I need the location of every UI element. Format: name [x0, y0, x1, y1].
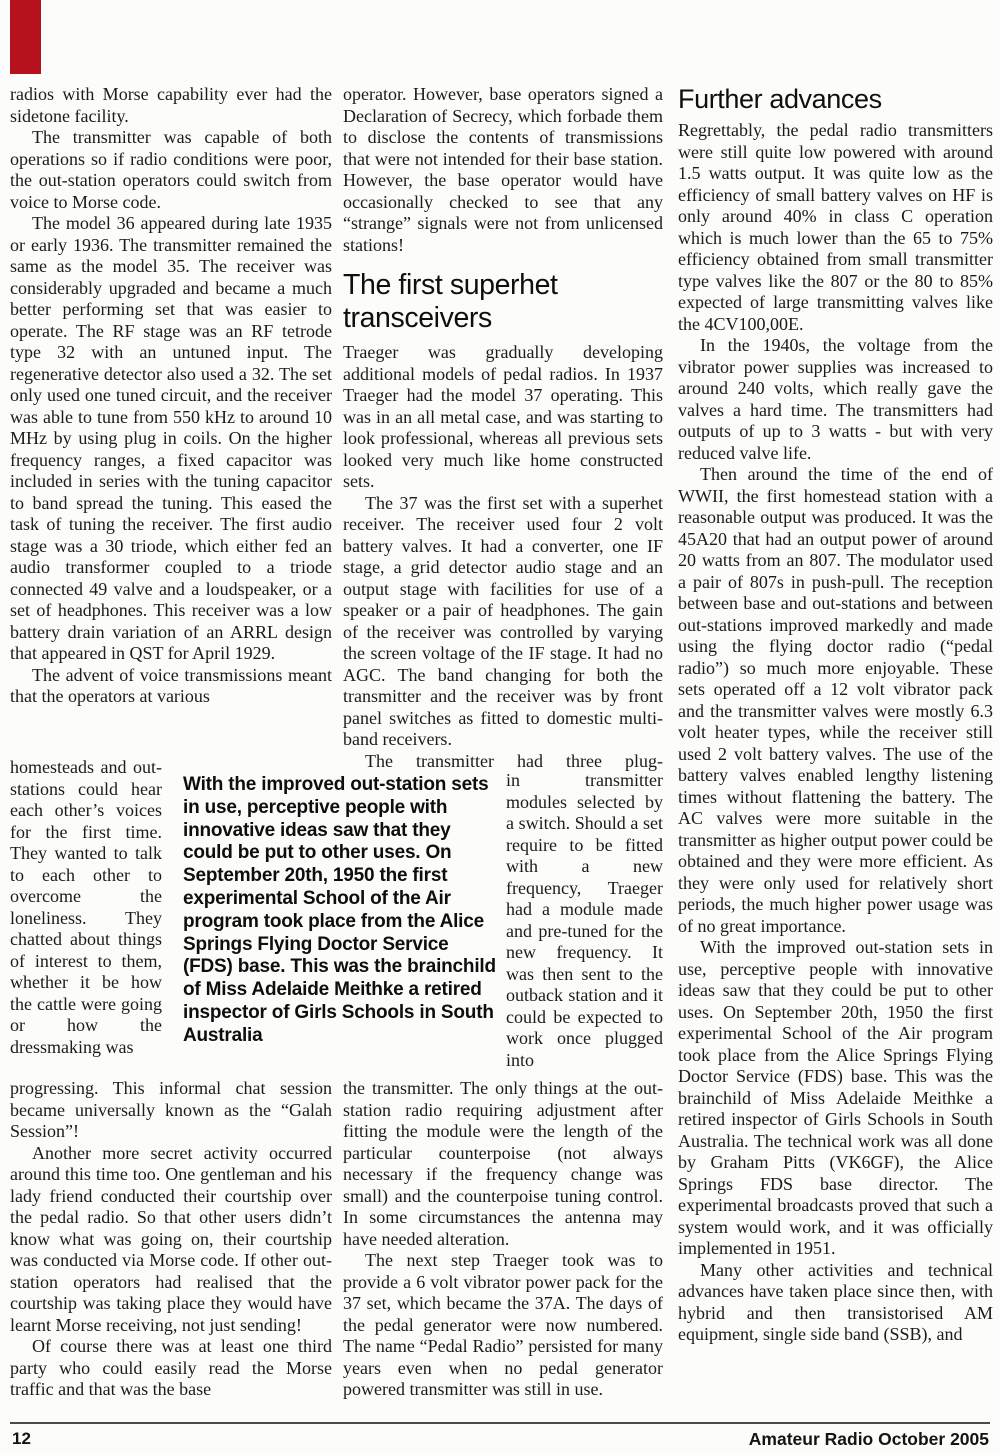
- paragraph: operator. However, base operators signed…: [343, 84, 663, 256]
- column-left-upper: radios with Morse capability ever had th…: [10, 84, 332, 708]
- column-left-narrow: homesteads and out-stations could hear e…: [10, 757, 162, 1058]
- paragraph: The next step Traeger took was to provid…: [343, 1250, 663, 1401]
- paragraph: The transmitter was capable of both oper…: [10, 127, 332, 213]
- paragraph: The advent of voice transmissions meant …: [10, 665, 332, 708]
- paragraph: The transmitter had three plug-: [343, 751, 663, 773]
- pull-quote: With the improved out-station sets in us…: [183, 774, 499, 1048]
- paragraph: In the 1940s, the voltage from the vibra…: [678, 335, 993, 464]
- paragraph: Then around the time of the end of WWII,…: [678, 464, 993, 937]
- paragraph: Another more secret activity occurred ar…: [10, 1143, 332, 1337]
- superhet-heading: The first superhet transceivers: [343, 269, 663, 335]
- page-number: 12: [12, 1429, 31, 1449]
- paragraph: in transmitter modules selected by a swi…: [506, 770, 663, 1071]
- paragraph: Many other activities and technical adva…: [678, 1260, 993, 1346]
- paragraph: Of course there was at least one third p…: [10, 1336, 332, 1401]
- paragraph: Regrettably, the pedal radio transmitter…: [678, 120, 993, 335]
- magazine-page: radios with Morse capability ever had th…: [0, 0, 1000, 1455]
- red-mark: [10, 0, 41, 74]
- paragraph: homesteads and out-stations could hear e…: [10, 757, 162, 1058]
- paragraph: radios with Morse capability ever had th…: [10, 84, 332, 127]
- paragraph: The model 36 appeared during late 1935 o…: [10, 213, 332, 665]
- column-right: Further advances Regrettably, the pedal …: [678, 84, 993, 1346]
- paragraph: With the improved out-station sets in us…: [678, 937, 993, 1260]
- paragraph: Traeger was gradually developing additio…: [343, 342, 663, 493]
- further-advances-heading: Further advances: [678, 84, 993, 115]
- column-middle-lower: the transmitter. The only things at the …: [343, 1078, 663, 1401]
- column-middle-upper: operator. However, base operators signed…: [343, 84, 663, 772]
- column-middle-narrow: in transmitter modules selected by a swi…: [506, 770, 663, 1071]
- journal-title: Amateur Radio October 2005: [749, 1429, 989, 1450]
- column-left-lower: progressing. This informal chat session …: [10, 1078, 332, 1401]
- paragraph: The 37 was the first set with a superhet…: [343, 493, 663, 751]
- paragraph: progressing. This informal chat session …: [10, 1078, 332, 1143]
- paragraph: the transmitter. The only things at the …: [343, 1078, 663, 1250]
- footer-rule: [10, 1422, 990, 1424]
